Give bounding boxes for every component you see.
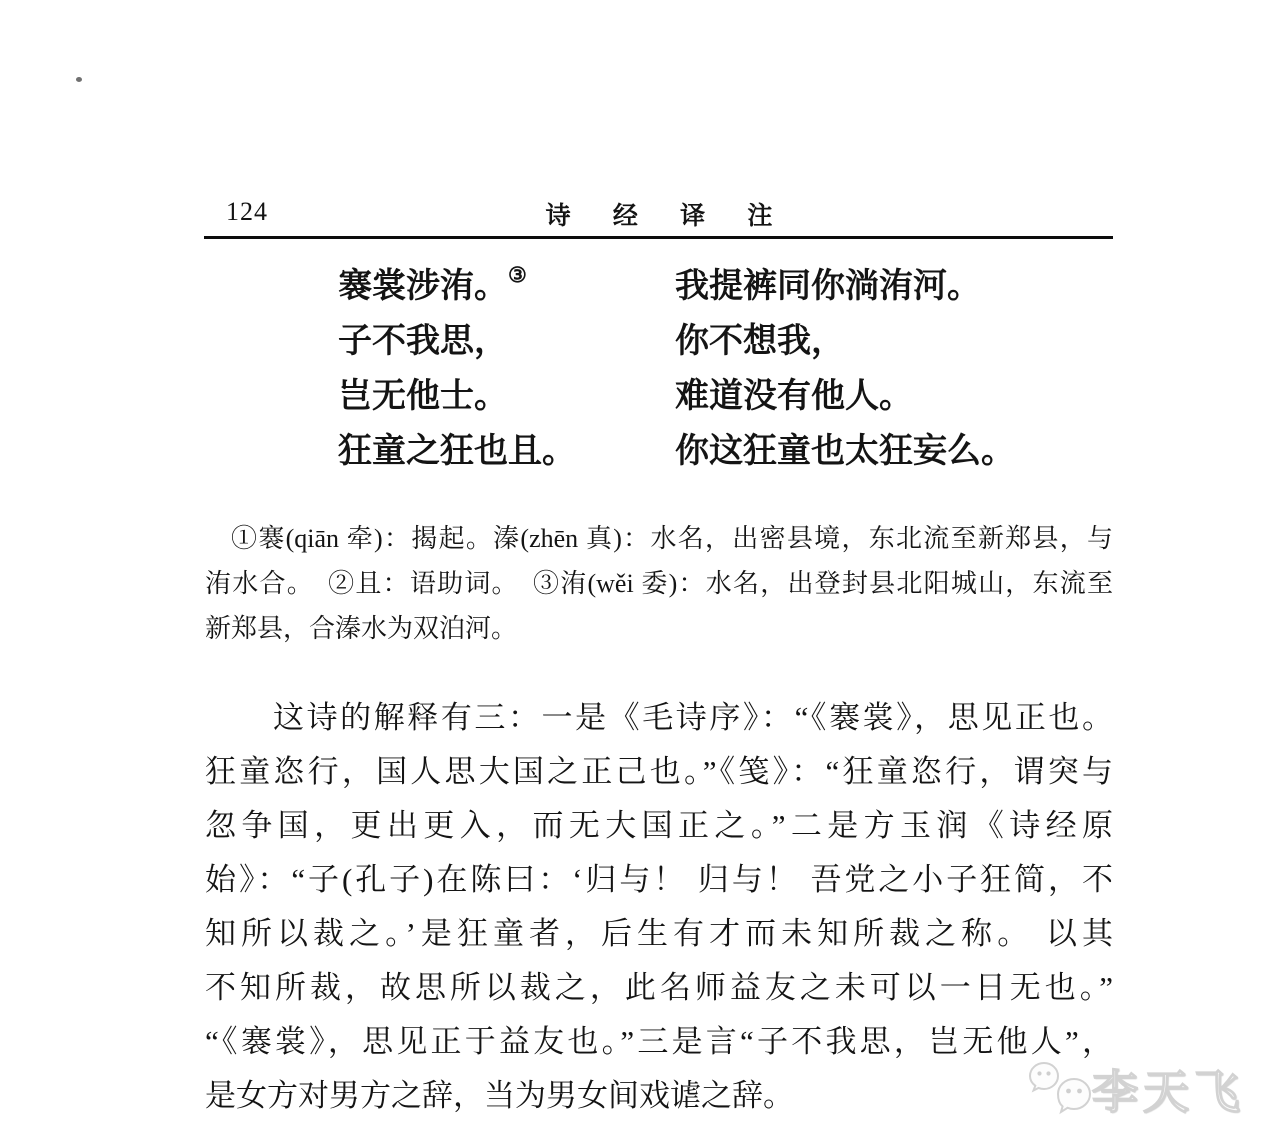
poem-line: 岂无他士。 难道没有他人。 — [205, 368, 1113, 423]
poem-translation: 你这狂童也太狂妄么。 — [675, 423, 1015, 472]
commentary-line: “《褰裳》，思见正于益友也。”三是言“子不我思，岂无他人”， — [205, 1015, 1113, 1069]
poem-original: 狂童之狂也且。 — [338, 423, 576, 472]
commentary-line: 是女方对男方之辞，当为男女间戏谑之辞。 — [205, 1069, 1113, 1123]
scan-speck — [76, 77, 82, 82]
poem-line: 狂童之狂也且。 你这狂童也太狂妄么。 — [205, 423, 1113, 478]
poem-original: 褰裳涉洧。③ — [338, 258, 527, 307]
poem-original-text: 褰裳涉洧。 — [338, 268, 508, 305]
poem-translation: 你不想我， — [675, 313, 845, 362]
commentary-line: 始》：“子(孔子)在陈曰：‘归与！ 归与！ 吾党之小子狂简，不 — [205, 853, 1113, 907]
commentary-line: 忽争国，更出更入，而无大国正之。”二是方玉润《诗经原 — [205, 799, 1113, 853]
wechat-icon — [1028, 1060, 1092, 1125]
footnote-line: 洧水合。 ②且：语助词。 ③洧(wěi 委)：水名，出登封县北阳城山，东流至 — [205, 561, 1113, 606]
commentary-line: 这诗的解释有三：一是《毛诗序》：“《褰裳》，思见正也。 — [205, 691, 1113, 745]
commentary-section: 这诗的解释有三：一是《毛诗序》：“《褰裳》，思见正也。 狂童恣行，国人思大国之正… — [205, 691, 1113, 1123]
watermark: 李天飞 — [1028, 1056, 1245, 1125]
footnote-line: ①褰(qiān 牵)：揭起。溱(zhēn 真)：水名，出密县境，东北流至新郑县，… — [205, 516, 1113, 561]
poem-line: 子不我思， 你不想我， — [205, 313, 1113, 368]
poem-original: 岂无他士。 — [338, 368, 508, 417]
footnote-line: 新郑县，合溱水为双泊河。 — [205, 606, 1113, 651]
page-title: 诗 经 译 注 — [205, 196, 1113, 232]
header-divider — [204, 236, 1113, 239]
poem-translation: 我提裤同你淌洧河。 — [675, 258, 981, 307]
poem-original: 子不我思， — [338, 313, 508, 362]
commentary-line: 不知所裁，故思所以裁之，此名师益友之未可以一日无也。” — [205, 961, 1113, 1015]
footnote-ref-3: ③ — [508, 263, 527, 287]
poem-section: 褰裳涉洧。③ 我提裤同你淌洧河。 子不我思， 你不想我， 岂无他士。 难道没有他… — [205, 258, 1113, 478]
poem-line: 褰裳涉洧。③ 我提裤同你淌洧河。 — [205, 258, 1113, 313]
watermark-text: 李天飞 — [1092, 1056, 1245, 1122]
commentary-line: 知所以裁之。’是狂童者，后生有才而未知所裁之称。 以其 — [205, 907, 1113, 961]
footnotes-section: ①褰(qiān 牵)：揭起。溱(zhēn 真)：水名，出密县境，东北流至新郑县，… — [205, 516, 1113, 651]
poem-translation: 难道没有他人。 — [675, 368, 913, 417]
commentary-line: 狂童恣行，国人思大国之正己也。”《笺》：“狂童恣行，谓突与 — [205, 745, 1113, 799]
